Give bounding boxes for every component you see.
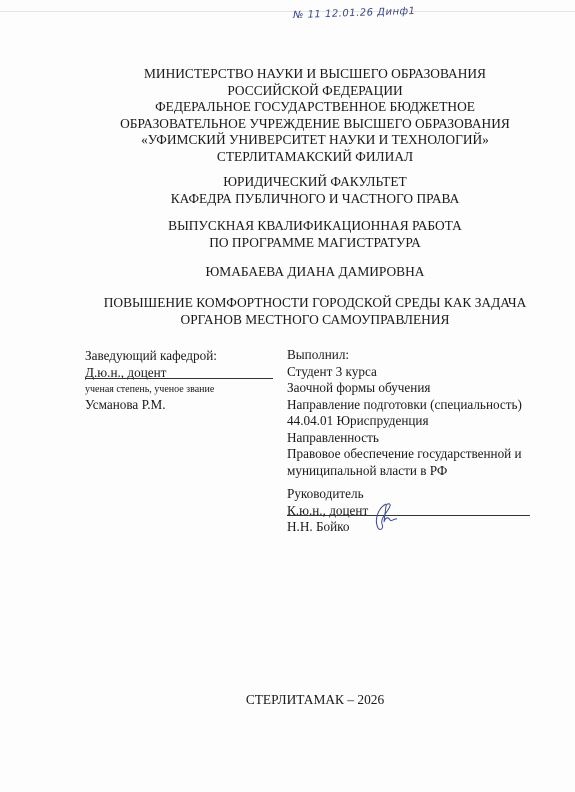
program-line: ПО ПРОГРАММЕ МАГИСТРАТУРА <box>0 235 575 252</box>
supervisor-label: Руководитель <box>287 486 368 503</box>
supervisor-block: Руководитель К.ю.н., доцент Н.Н. Бойко <box>287 486 368 536</box>
signature-line-supervisor <box>287 515 530 516</box>
faculty-block: ЮРИДИЧЕСКИЙ ФАКУЛЬТЕТ КАФЕДРА ПУБЛИЧНОГО… <box>0 174 575 207</box>
ministry-line: СТЕРЛИТАМАКСКИЙ ФИЛИАЛ <box>0 149 575 166</box>
ministry-line: РОССИЙСКОЙ ФЕДЕРАЦИИ <box>0 83 575 100</box>
supervisor-rank: К.ю.н., доцент <box>287 503 368 520</box>
document-page: № 11 12.01.26 Динф1 МИНИСТЕРСТВО НАУКИ И… <box>0 0 575 792</box>
student-name: ЮМАБАЕВА ДИАНА ДАМИРОВНА <box>0 264 575 281</box>
handwritten-registration-note: № 11 12.01.26 Динф1 <box>293 6 416 21</box>
ministry-line: «УФИМСКИЙ УНИВЕРСИТЕТ НАУКИ И ТЕХНОЛОГИЙ… <box>0 132 575 149</box>
head-label: Заведующий кафедрой: <box>85 347 217 364</box>
performer-line: Заочной формы обучения <box>287 380 522 397</box>
performer-line: муниципальной власти в РФ <box>287 463 522 480</box>
scan-edge-line <box>0 11 575 12</box>
topic-line: ПОВЫШЕНИЕ КОМФОРТНОСТИ ГОРОДСКОЙ СРЕДЫ К… <box>0 295 575 312</box>
signature-line-head <box>85 378 273 379</box>
performer-line: Направленность <box>287 430 522 447</box>
department-line: КАФЕДРА ПУБЛИЧНОГО И ЧАСТНОГО ПРАВА <box>0 191 575 208</box>
head-of-department-block: Заведующий кафедрой: Д.ю.н., доцент учен… <box>85 347 217 413</box>
work-type-line: ВЫПУСКНАЯ КВАЛИФИКАЦИОННАЯ РАБОТА <box>0 218 575 235</box>
topic-line: ОРГАНОВ МЕСТНОГО САМОУПРАВЛЕНИЯ <box>0 312 575 329</box>
ministry-line: ОБРАЗОВАТЕЛЬНОЕ УЧРЕЖДЕНИЕ ВЫСШЕГО ОБРАЗ… <box>0 116 575 133</box>
work-type-block: ВЫПУСКНАЯ КВАЛИФИКАЦИОННАЯ РАБОТА ПО ПРО… <box>0 218 575 251</box>
ministry-line: ФЕДЕРАЛЬНОЕ ГОСУДАРСТВЕННОЕ БЮДЖЕТНОЕ <box>0 99 575 116</box>
ministry-line: МИНИСТЕРСТВО НАУКИ И ВЫСШЕГО ОБРАЗОВАНИЯ <box>0 66 575 83</box>
supervisor-signature-icon <box>368 502 398 532</box>
city-year: СТЕРЛИТАМАК – 2026 <box>0 692 575 708</box>
thesis-topic: ПОВЫШЕНИЕ КОМФОРТНОСТИ ГОРОДСКОЙ СРЕДЫ К… <box>0 295 575 328</box>
rank-hint: ученая степень, ученое звание <box>85 383 217 396</box>
ministry-header: МИНИСТЕРСТВО НАУКИ И ВЫСШЕГО ОБРАЗОВАНИЯ… <box>0 66 575 165</box>
faculty-line: ЮРИДИЧЕСКИЙ ФАКУЛЬТЕТ <box>0 174 575 191</box>
head-name: Усманова Р.М. <box>85 396 217 413</box>
performer-line: Правовое обеспечение государственной и <box>287 446 522 463</box>
performer-line: Направление подготовки (специальность) <box>287 397 522 414</box>
performer-line: Студент 3 курса <box>287 364 522 381</box>
performer-line: 44.04.01 Юриспруденция <box>287 413 522 430</box>
performer-line: Выполнил: <box>287 347 522 364</box>
supervisor-name: Н.Н. Бойко <box>287 519 368 536</box>
performer-block: Выполнил: Студент 3 курса Заочной формы … <box>287 347 522 479</box>
